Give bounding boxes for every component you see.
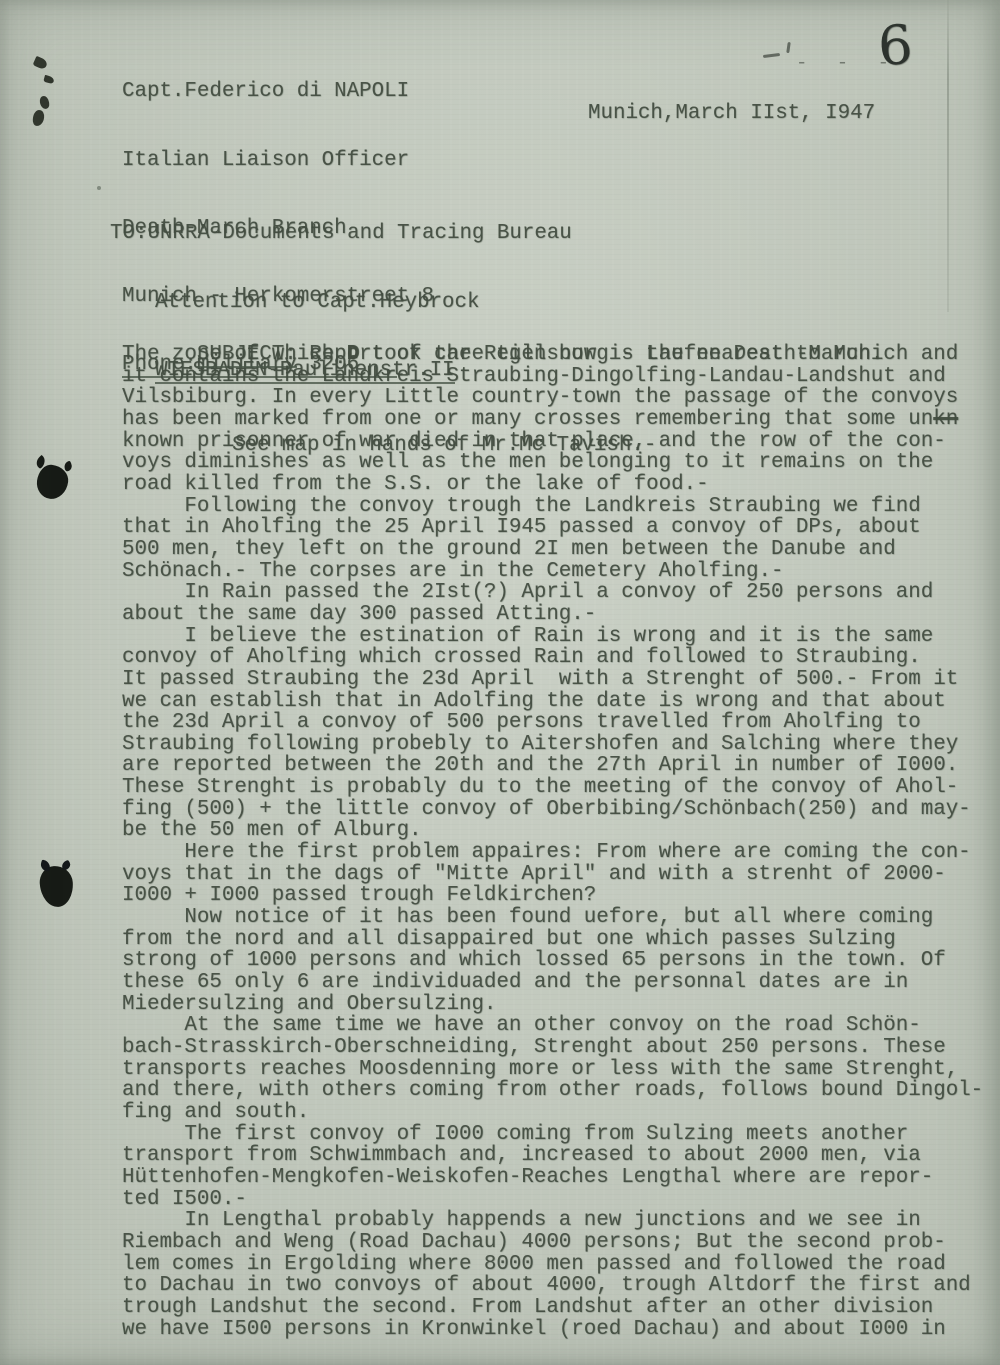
body-line: convoy of Aholfing which crossed Rain an… (122, 647, 983, 669)
paper-crease (947, 0, 949, 312)
document-page: 6 - - - Capt.Federico di NAPOLI Italian … (0, 0, 1000, 1365)
body-line: Schönach.- The corpses are in the Cemete… (122, 561, 983, 583)
body-line: are reported between the 20th and the 27… (122, 755, 983, 777)
body-line: the 23d April a convoy of 500 persons tr… (122, 712, 983, 734)
body-line: about the same day 300 passed Atting.- (122, 604, 983, 626)
body-line: Vilsbiburg. In every Little country-town… (122, 387, 983, 409)
pencil-dash-mark (763, 53, 780, 58)
body-line: I believe the estination of Rain is wron… (122, 626, 983, 648)
body-line: that in Aholfing the 25 April I945 passe… (122, 517, 983, 539)
body-line: to Dachau in two convoys of about 4000, … (122, 1275, 983, 1297)
pencil-dashes: - - - (796, 52, 898, 74)
struck-text: kn (933, 408, 958, 431)
body-line: voys that in the dags of "Mitte April" a… (122, 864, 983, 886)
recipient-to: TO:UNRRA-Documents and Tracing Bureau (110, 223, 572, 246)
body-line: The zone of which D took care till now i… (122, 344, 983, 366)
body-line: strong of 1000 persons and which lossed … (122, 950, 983, 972)
body-line: transport from Schwimmbach and, increase… (122, 1145, 983, 1167)
ink-blot (39, 865, 75, 908)
pencil-mark (32, 109, 45, 126)
body-line: In Lengthal probably happends a new junc… (122, 1210, 983, 1232)
body-line: Miedersulzing and Obersulzing. (122, 994, 983, 1016)
body-line: fing (500) + the little convoy of Oberbi… (122, 799, 983, 821)
body-line: lem comes in Ergolding where 8000 men pa… (122, 1254, 983, 1276)
sender-title: Italian Liaison Officer (122, 150, 434, 173)
body-line: road killed from the S.S. or the lake of… (122, 474, 983, 496)
body-line: Following the convoy trough the Landkrei… (122, 496, 983, 518)
body-line: be the 50 men of Alburg. (122, 820, 983, 842)
overtyped-text: D (347, 343, 359, 366)
body-line: I000 + I000 passed trough Feldkirchen? (122, 885, 983, 907)
pencil-mark (33, 56, 49, 70)
body-line: from the nord and all disappaired but on… (122, 929, 983, 951)
dateline: Munich,March IIst, I947 (588, 103, 875, 126)
body-line: and there, with others coming from other… (122, 1080, 983, 1102)
pencil-mark (43, 75, 54, 84)
body-line: we can establish that in Adolfing the da… (122, 691, 983, 713)
body-line: has been marked from one or many crosses… (122, 409, 983, 431)
body-line: bach-Strasskirch-Oberschneiding, Strengh… (122, 1037, 983, 1059)
body-line: these 65 only 6 are individuaded and the… (122, 972, 983, 994)
ink-blot (35, 463, 70, 501)
body-line: fing and south. (122, 1102, 983, 1124)
body-line: Straubing following probebly to Aitersho… (122, 734, 983, 756)
body-lines: The zone of which D took care till now i… (122, 344, 983, 1340)
body-line: The first convoy of I000 coming from Sul… (122, 1124, 983, 1146)
pencil-tick-mark (786, 42, 790, 53)
body-line: Now notice of it has been found uefore, … (122, 907, 983, 929)
body-line: known prisonner of war died in that plac… (122, 431, 983, 453)
body-line: These Strenght is probably du to the mee… (122, 777, 983, 799)
body-line: At the same time we have an other convoy… (122, 1015, 983, 1037)
body-line: Riembach and Weng (Road Dachau) 4000 per… (122, 1232, 983, 1254)
ink-speck (97, 186, 101, 190)
body-line: we have I500 persons in Kronwinkel (roed… (122, 1319, 983, 1341)
body-line: ted I500.- (122, 1189, 983, 1211)
body-line: trough Landshut the second. From Landshu… (122, 1297, 983, 1319)
body-line: In Rain passed the 2Ist(?) April a convo… (122, 582, 983, 604)
body-line: Here the first problem appaires: From wh… (122, 842, 983, 864)
body-line: voys diminishes as well as the men belon… (122, 452, 983, 474)
pencil-mark (39, 95, 50, 109)
body-line: Hüttenhofen-Mengkofen-Weiskofen-Reaches … (122, 1167, 983, 1189)
body-line: It passed Straubing the 23d April with a… (122, 669, 983, 691)
sender-name: Capt.Federico di NAPOLI (122, 81, 434, 104)
body-line: 500 men, they left on the ground 2I men … (122, 539, 983, 561)
body-line: it contains the Landkreis Straubing-Ding… (122, 366, 983, 388)
body-line: transports reaches Moosdenning more or l… (122, 1059, 983, 1081)
